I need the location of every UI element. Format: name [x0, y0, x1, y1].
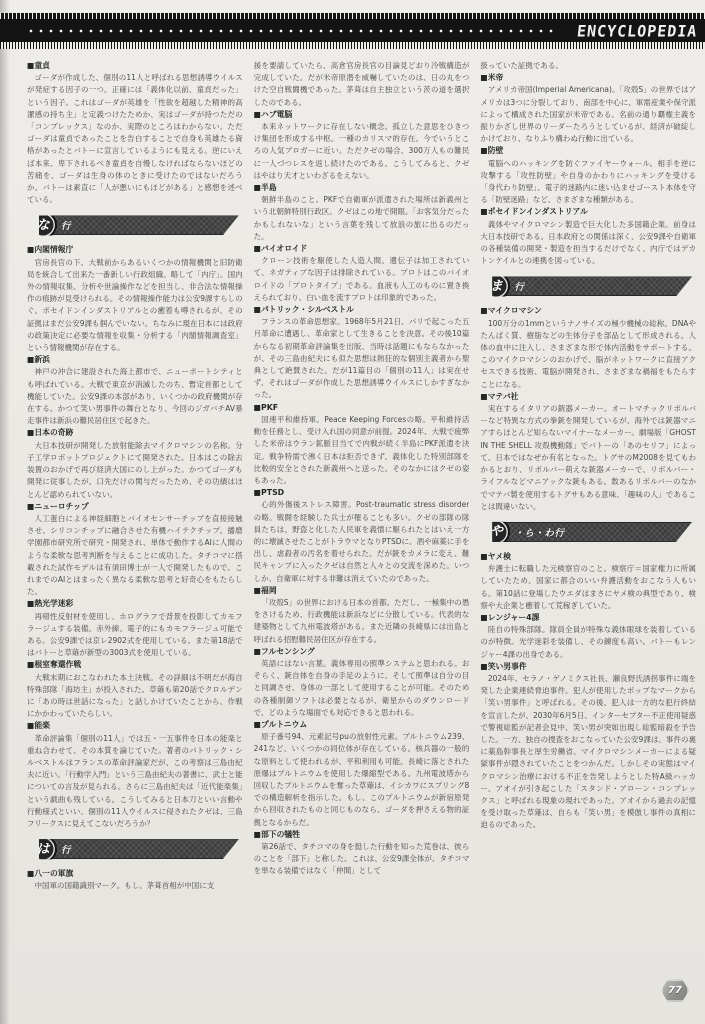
- section-banner-ma: ま行: [492, 276, 692, 296]
- glossary-entry: ■パトリック・シルベストルフランスの革命思想家。1968年5月21日、パリで起こ…: [254, 304, 470, 402]
- section-label: ・ら・わ行: [514, 525, 564, 539]
- entry-heading: ■マテバ社: [480, 391, 696, 403]
- glossary-entry: ■能楽革命評論集「個別の11人」では五・一五事件を日本の能楽と重ね合わせて、その…: [27, 720, 243, 830]
- entry-heading: ■新浜: [27, 354, 243, 366]
- entry-body: クローン技術を駆使した人造人間。遺伝子は加工されていて、ネガティブな因子は排除さ…: [254, 255, 470, 304]
- glossary-columns: ■童貞ゴーダが作成した、個別の11人と呼ばれる思想誘導ウイルスが発症する因子の一…: [27, 60, 696, 1018]
- entry-body: 実在するイタリアの銃器メーカー。オートマチックリボルバーなど特異な方式の拳銃を開…: [480, 403, 696, 513]
- text-column-2: 援を要請していたら、高倉官房長官の目論見どおり冷戦構造が完成していた。だが米帝原…: [254, 60, 470, 1018]
- entry-body: 原子番号94、元素記号puの放射性元素。プルトニウム239、241など、いくつか…: [254, 731, 470, 829]
- entry-body: 2024年、セラノ・ゲノミクス社長、瀬良野氏誘拐事件に端を発した企業連続脅迫事件…: [480, 673, 696, 832]
- entry-body: 国連平和維持軍。Peace Keeping Forcesの略。平和維持活動を任務…: [254, 414, 470, 487]
- glossary-entry: ■マテバ社実在するイタリアの銃器メーカー。オートマチックリボルバーなど特異な方式…: [480, 391, 696, 513]
- section-banner-ha: は行: [39, 839, 239, 859]
- entry-body: 再帰性反射材を使用し、ホログラフで背景を投影してカモフラージュする装備。赤外線、…: [27, 611, 243, 660]
- section-label: 行: [61, 842, 71, 856]
- entry-heading: ■ニューロチップ: [27, 501, 243, 513]
- entry-body: 大日本技研が開発した放射能除去マイクロマシンの名称。分子工学ロボットプロジェクト…: [27, 440, 243, 501]
- glossary-entry: 扱っていた証拠である。: [480, 60, 696, 72]
- glossary-entry: ■レンジャー4課陸自の特殊部隊。隊員全員が特殊な義体眼球を装着しているのが特徴。…: [480, 612, 696, 661]
- entry-heading: ■福岡: [254, 585, 470, 597]
- entry-body: 弁護士に転職した元検察官のこと。検察庁＝国家権力に所属していたため、国家に都合の…: [480, 563, 696, 612]
- section-kana: ま: [490, 280, 503, 293]
- entry-heading: ■半島: [254, 182, 470, 194]
- entry-heading: ■日本の奇跡: [27, 427, 243, 439]
- glossary-entry: ■PKF国連平和維持軍。Peace Keeping Forcesの略。平和維持活…: [254, 402, 470, 487]
- glossary-entry: ■日本の奇跡大日本技研が開発した放射能除去マイクロマシンの名称。分子工学ロボット…: [27, 427, 243, 500]
- entry-body: アメリカ帝国(Imperial Americana)。「攻殻S」の世界ではアメリ…: [480, 84, 696, 145]
- entry-heading: ■PKF: [254, 402, 470, 414]
- section-kana: は: [36, 843, 49, 856]
- glossary-entry: ■ニューロチップ人工蛋白による神経細胞とバイオセンサーチップを直接接触させ、シリ…: [27, 501, 243, 599]
- glossary-entry: ■笑い男事件2024年、セラノ・ゲノミクス社長、瀬良野氏誘拐事件に端を発した企業…: [480, 661, 696, 832]
- entry-body: 陸自の特殊部隊。隊員全員が特殊な義体眼球を装着しているのが特徴。光学迷彩を装備し…: [480, 624, 696, 661]
- section-kana: や: [490, 525, 503, 538]
- entry-body: 心的外傷後ストレス障害。Post-traumatic stress disord…: [254, 499, 470, 584]
- section-label: 行: [61, 218, 71, 232]
- glossary-entry: ■新浜神戸の沖合に建設された海上都市で、ニューポートシティとも呼ばれている。大戦…: [27, 354, 243, 427]
- entry-heading: ■バイオロイド: [254, 243, 470, 255]
- entry-body: 電脳へのハッキングを防ぐファイヤーウォール。相手を逆に攻撃する「攻性防壁」や自身…: [480, 158, 696, 207]
- entry-body: 本来ネットワークに存在しない概念。孤立した意思をひきつけ集団を形成する中枢。一種…: [254, 121, 470, 182]
- entry-body: フランスの革命思想家。1968年5月21日、パリで起こった五月革命に遭遇し、革命…: [254, 316, 470, 401]
- glossary-entry: ■PTSD心的外傷後ストレス障害。Post-traumatic stress d…: [254, 487, 470, 585]
- entry-body: 革命評論集「個別の11人」では五・一五事件を日本の能楽と重ね合わせて、その本質を…: [27, 733, 243, 831]
- entry-body: 大戦末期におこなわれた本土決戦。その詳細は不明だが海自特殊部隊「海坊主」が投入さ…: [27, 672, 243, 721]
- entry-heading: ■パトリック・シルベストル: [254, 304, 470, 316]
- entry-body: 「攻殻S」の世界における日本の首都。ただし、一極集中の愚をさけるため、行政機能は…: [254, 597, 470, 646]
- glossary-entry: ■根室奪還作戦大戦末期におこなわれた本土決戦。その詳細は不明だが海自特殊部隊「海…: [27, 659, 243, 720]
- glossary-entry: ■ハブ電脳本来ネットワークに存在しない概念。孤立した意思をひきつけ集団を形成する…: [254, 109, 470, 182]
- entry-body: 官房長官の下、大戦前からあるいくつかの情報機関と旧防衛局を統合して出来た一番新し…: [27, 257, 243, 355]
- section-banner-na: な行: [39, 215, 239, 235]
- entry-heading: ■ヤメ検: [480, 551, 696, 563]
- entry-body: 英語にはない言葉。義体専用の照準システムと思われる。おそらく、銃自体を自身の手足…: [254, 658, 470, 719]
- glossary-entry: ■部下の犠牲第26話で、タチコマの身を挺した行動を知った荒巻は、彼らのことを「部…: [254, 829, 470, 878]
- entry-heading: ■部下の犠牲: [254, 829, 470, 841]
- entry-heading: ■内閣情報庁: [27, 244, 243, 256]
- entry-heading: ■熱光学迷彩: [27, 598, 243, 610]
- glossary-entry: ■米帝アメリカ帝国(Imperial Americana)。「攻殻S」の世界では…: [480, 72, 696, 145]
- entry-body: 人工蛋白による神経細胞とバイオセンサーチップを直接接触させ、シリコンチップに融合…: [27, 513, 243, 598]
- text-column-3: 扱っていた証拠である。■米帝アメリカ帝国(Imperial Americana)…: [480, 60, 696, 1018]
- glossary-entry: ■マイクロマシン100万分の1mmというナノサイズの極少機械の総称。DNAやたん…: [480, 305, 696, 390]
- glossary-entry: ■半島朝鮮半島のこと。PKFで自衛軍が派遣された場所は新義州という北朝鮮特別行政…: [254, 182, 470, 243]
- entry-body: 扱っていた証拠である。: [480, 60, 696, 72]
- glossary-entry: ■防壁電脳へのハッキングを防ぐファイヤーウォール。相手を逆に攻撃する「攻性防壁」…: [480, 145, 696, 206]
- glossary-entry: ■内閣情報庁官房長官の下、大戦前からあるいくつかの情報機関と旧防衛局を統合して出…: [27, 244, 243, 354]
- glossary-entry: 援を要請していたら、高倉官房長官の目論見どおり冷戦構造が完成していた。だが米帝原…: [254, 60, 470, 109]
- section-banner-yarawa: や・ら・わ行: [492, 522, 692, 542]
- entry-heading: ■八一の軍旗: [27, 868, 243, 880]
- entry-heading: ■能楽: [27, 720, 243, 732]
- entry-heading: ■防壁: [480, 145, 696, 157]
- entry-heading: ■フルセンシング: [254, 646, 470, 658]
- barcode-stripe-bottom: [0, 42, 705, 49]
- entry-body: 義体やマイクロマシン製造で巨大化した多国籍企業。前身は大日本技研である。日本政府…: [480, 219, 696, 268]
- entry-heading: ■ハブ電脳: [254, 109, 470, 121]
- entry-heading: ■マイクロマシン: [480, 305, 696, 317]
- encyclopedia-title: ENCYCLOPEDIA: [576, 21, 698, 40]
- header-bar: ENCYCLOPEDIA: [0, 19, 705, 42]
- page-number: 77: [668, 985, 682, 996]
- kana-circle-icon: な: [29, 211, 57, 239]
- entry-body: 援を要請していたら、高倉官房長官の目論見どおり冷戦構造が完成していた。だが米帝原…: [254, 60, 470, 109]
- entry-heading: ■レンジャー4課: [480, 612, 696, 624]
- glossary-entry: ■ポセイドンインダストリアル義体やマイクロマシン製造で巨大化した多国籍企業。前身…: [480, 206, 696, 267]
- glossary-entry: ■八一の軍旗中国軍の国籍識別マーク。もし、茅葺首相が中国に支: [27, 868, 243, 892]
- kana-circle-icon: や: [482, 518, 510, 546]
- glossary-entry: ■福岡「攻殻S」の世界における日本の首都。ただし、一極集中の愚をさけるため、行政…: [254, 585, 470, 646]
- section-kana: な: [36, 219, 49, 232]
- entry-heading: ■米帝: [480, 72, 696, 84]
- entry-heading: ■笑い男事件: [480, 661, 696, 673]
- entry-heading: ■プルトニウム: [254, 719, 470, 731]
- entry-body: 100万分の1mmというナノサイズの極少機械の総称。DNAやたんぱく質、樹脂など…: [480, 318, 696, 391]
- scan-edge-shading: [0, 0, 10, 1024]
- glossary-entry: ■バイオロイドクローン技術を駆使した人造人間。遺伝子は加工されていて、ネガティブ…: [254, 243, 470, 304]
- entry-body: 朝鮮半島のこと。PKFで自衛軍が派遣された場所は新義州という北朝鮮特別行政区。ク…: [254, 194, 470, 243]
- glossary-entry: ■熱光学迷彩再帰性反射材を使用し、ホログラフで背景を投影してカモフラージュする装…: [27, 598, 243, 659]
- entry-heading: ■根室奪還作戦: [27, 659, 243, 671]
- glossary-entry: ■童貞ゴーダが作成した、個別の11人と呼ばれる思想誘導ウイルスが発症する因子の一…: [27, 60, 243, 206]
- entry-heading: ■ポセイドンインダストリアル: [480, 206, 696, 218]
- kana-circle-icon: は: [29, 835, 57, 863]
- text-column-1: ■童貞ゴーダが作成した、個別の11人と呼ばれる思想誘導ウイルスが発症する因子の一…: [27, 60, 243, 1018]
- dot-leader: [26, 29, 559, 33]
- entry-body: 第26話で、タチコマの身を挺した行動を知った荒巻は、彼らのことを「部下」と称した…: [254, 841, 470, 878]
- kana-circle-icon: ま: [482, 272, 510, 300]
- glossary-entry: ■プルトニウム原子番号94、元素記号puの放射性元素。プルトニウム239、241…: [254, 719, 470, 829]
- entry-heading: ■PTSD: [254, 487, 470, 499]
- glossary-entry: ■フルセンシング英語にはない言葉。義体専用の照準システムと思われる。おそらく、銃…: [254, 646, 470, 719]
- entry-heading: ■童貞: [27, 60, 243, 72]
- section-label: 行: [514, 279, 524, 293]
- page-header: ENCYCLOPEDIA: [0, 13, 705, 49]
- entry-body: ゴーダが作成した、個別の11人と呼ばれる思想誘導ウイルスが発症する因子の一つ。正…: [27, 72, 243, 206]
- entry-body: 中国軍の国籍識別マーク。もし、茅葺首相が中国に支: [27, 880, 243, 892]
- glossary-entry: ■ヤメ検弁護士に転職した元検察官のこと。検察庁＝国家権力に所属していたため、国家…: [480, 551, 696, 612]
- entry-body: 神戸の沖合に建設された海上都市で、ニューポートシティとも呼ばれている。大戦で東京…: [27, 366, 243, 427]
